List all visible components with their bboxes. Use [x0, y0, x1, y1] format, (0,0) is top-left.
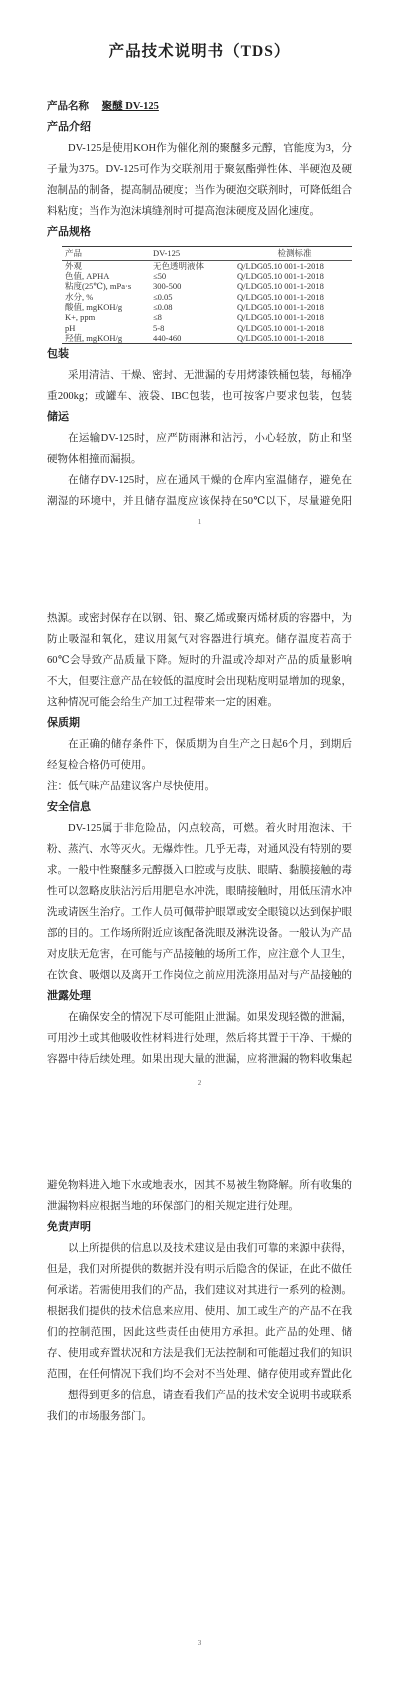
- spec-table-cell: 酸值, mgKOH/g: [62, 302, 150, 312]
- spec-table-cell: Q/LDG05.10 001-1-2018: [234, 333, 352, 344]
- spec-table-cell: 水分, %: [62, 292, 150, 302]
- spec-table-cell: Q/LDG05.10 001-1-2018: [234, 312, 352, 322]
- section-heading-disclaimer: 免责声明: [47, 1217, 352, 1238]
- storage-paragraph-2-part1: 在储存DV-125时，应在通风干燥的仓库内室温储存，避免在潮湿的环境中，并且储存…: [47, 470, 352, 512]
- spec-table-cell: ≤8: [150, 312, 234, 322]
- spec-table-cell: 外观: [62, 260, 150, 271]
- spec-table-row: 色值, APHA≤50Q/LDG05.10 001-1-2018: [62, 271, 352, 281]
- spec-table-cell: 440-460: [150, 333, 234, 344]
- disclaimer-paragraph-2: 想得到更多的信息，请查看我们产品的技术安全说明书或联系我们的市场服务部门。: [47, 1385, 352, 1427]
- spec-table-cell: ≤0.08: [150, 302, 234, 312]
- spec-table-cell: Q/LDG05.10 001-1-2018: [234, 271, 352, 281]
- spec-table: 产品 DV-125 检测标准 外观无色透明液体Q/LDG05.10 001-1-…: [62, 246, 352, 344]
- spec-table-body: 外观无色透明液体Q/LDG05.10 001-1-2018色值, APHA≤50…: [62, 260, 352, 343]
- spec-table-cell: Q/LDG05.10 001-1-2018: [234, 302, 352, 312]
- spec-table-header-standard: 检测标准: [234, 247, 352, 261]
- spec-table-cell: 无色透明液体: [150, 260, 234, 271]
- page-title: 产品技术说明书（TDS）: [47, 40, 352, 64]
- spec-table-cell: pH: [62, 323, 150, 333]
- section-heading-intro: 产品介绍: [47, 117, 352, 138]
- spec-table-cell: Q/LDG05.10 001-1-2018: [234, 281, 352, 291]
- section-heading-spill: 泄露处理: [47, 986, 352, 1007]
- spec-table-header-product: 产品: [62, 247, 150, 261]
- spec-table-cell: Q/LDG05.10 001-1-2018: [234, 292, 352, 302]
- spec-table-row: K+, ppm≤8Q/LDG05.10 001-1-2018: [62, 312, 352, 322]
- shelf-life-note: 注：低气味产品建议客户尽快使用。: [47, 776, 352, 797]
- spec-table-row: 粘度(25℃), mPa·s300-500Q/LDG05.10 001-1-20…: [62, 281, 352, 291]
- safety-paragraph: DV-125属于非危险品，闪点较高，可燃。着火时用泡沫、干粉、蒸汽、水等灭火。无…: [47, 818, 352, 986]
- page-number-2: 2: [47, 1078, 352, 1088]
- disclaimer-paragraph-1: 以上所提供的信息以及技术建议是由我们可靠的来源中获得，但是，我们对所提供的数据并…: [47, 1238, 352, 1385]
- shelf-life-paragraph: 在正确的储存条件下，保质期为自生产之日起6个月，到期后经复检合格仍可使用。: [47, 734, 352, 776]
- spec-table-cell: K+, ppm: [62, 312, 150, 322]
- product-name-value: 聚醚 DV-125: [102, 101, 159, 112]
- section-heading-shelf-life: 保质期: [47, 713, 352, 734]
- intro-paragraph: DV-125是使用KOH作为催化剂的聚醚多元醇，官能度为3，分子量为375。DV…: [47, 138, 352, 222]
- section-heading-spec: 产品规格: [47, 222, 352, 243]
- packaging-paragraph: 采用清洁、干燥、密封、无泄漏的专用烤漆铁桶包装，每桶净重200kg；或罐车、液袋…: [47, 365, 352, 407]
- spec-table-row: 外观无色透明液体Q/LDG05.10 001-1-2018: [62, 260, 352, 271]
- product-name-line: 产品名称 聚醚 DV-125: [47, 96, 352, 117]
- spec-table-cell: Q/LDG05.10 001-1-2018: [234, 323, 352, 333]
- spec-table-cell: Q/LDG05.10 001-1-2018: [234, 260, 352, 271]
- spec-table-cell: ≤50: [150, 271, 234, 281]
- spec-table-cell: 羟值, mgKOH/g: [62, 333, 150, 344]
- spec-table-row: pH5-8Q/LDG05.10 001-1-2018: [62, 323, 352, 333]
- spec-table-cell: 粘度(25℃), mPa·s: [62, 281, 150, 291]
- spec-table-header-grade: DV-125: [150, 247, 234, 261]
- spec-table-row: 羟值, mgKOH/g440-460Q/LDG05.10 001-1-2018: [62, 333, 352, 344]
- spec-table-header-row: 产品 DV-125 检测标准: [62, 247, 352, 261]
- spec-table-row: 水分, %≤0.05Q/LDG05.10 001-1-2018: [62, 292, 352, 302]
- document-content: 产品技术说明书（TDS） 产品名称 聚醚 DV-125 产品介绍 DV-125是…: [0, 40, 396, 1648]
- spec-table-cell: 300-500: [150, 281, 234, 291]
- spill-paragraph-part1: 在确保安全的情况下尽可能阻止泄漏。如果发现轻微的泄漏，可用沙土或其他吸收性材料进…: [47, 1007, 352, 1070]
- section-heading-safety: 安全信息: [47, 797, 352, 818]
- product-name-label: 产品名称: [47, 101, 89, 112]
- storage-paragraph-1: 在运输DV-125时，应严防雨淋和沾污，小心轻放，防止和坚硬物体相撞而漏损。: [47, 428, 352, 470]
- tds-document-page: 产品技术说明书（TDS） 产品名称 聚醚 DV-125 产品介绍 DV-125是…: [0, 0, 396, 1683]
- section-heading-packaging: 包装: [47, 344, 352, 365]
- page-number-3: 3: [47, 1638, 352, 1648]
- storage-paragraph-2-part2: 热源。或密封保存在以钢、铝、聚乙烯或聚丙烯材质的容器中，为防止吸湿和氧化，建议用…: [47, 608, 352, 713]
- spec-table-cell: 色值, APHA: [62, 271, 150, 281]
- page-number-1: 1: [47, 517, 352, 527]
- spill-paragraph-part2: 避免物料进入地下水或地表水，因其不易被生物降解。所有收集的泄漏物料应根据当地的环…: [47, 1175, 352, 1217]
- spec-table-cell: 5-8: [150, 323, 234, 333]
- spec-table-cell: ≤0.05: [150, 292, 234, 302]
- spec-table-row: 酸值, mgKOH/g≤0.08Q/LDG05.10 001-1-2018: [62, 302, 352, 312]
- section-heading-storage: 储运: [47, 407, 352, 428]
